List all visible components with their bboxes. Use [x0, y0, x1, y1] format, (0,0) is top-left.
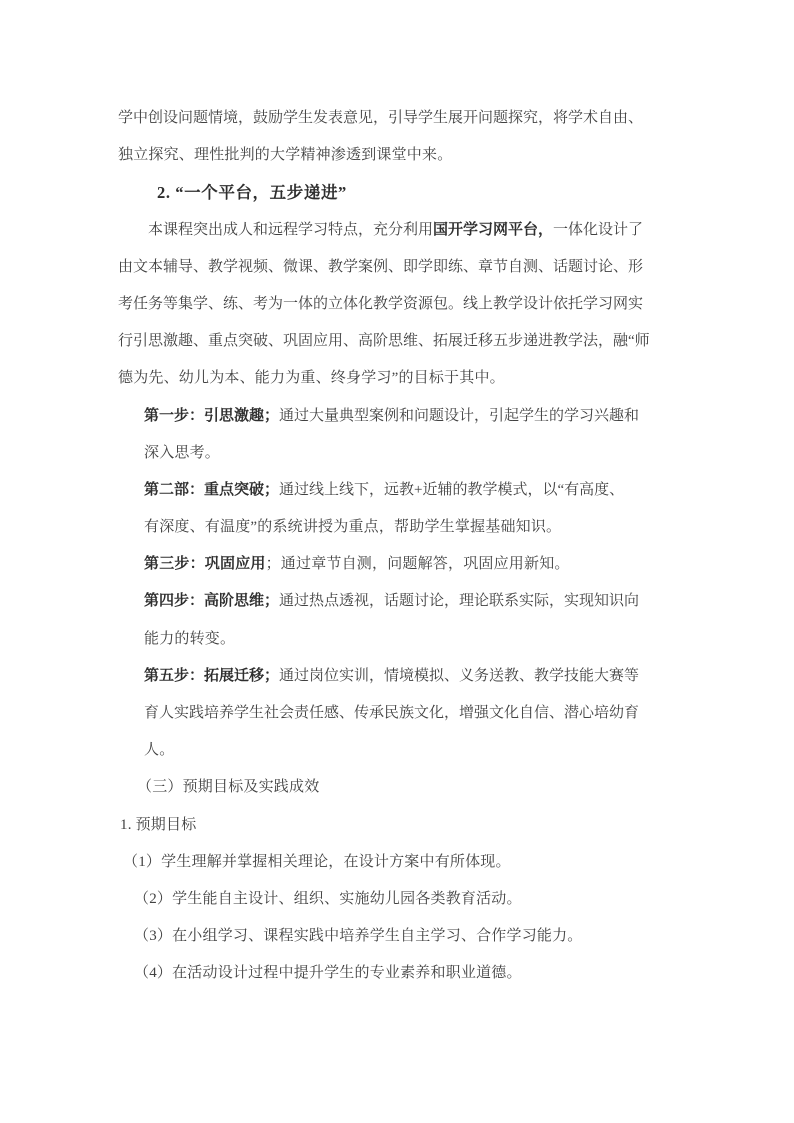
text-line: 考任务等集学、练、考为一体的立体化教学资源包。线上教学设计依托学习网实	[118, 286, 676, 323]
text-line: （1）学生理解并掌握相关理论，在设计方案中有所体现。	[118, 844, 676, 881]
text-run: 本课程突出成人和远程学习特点，充分利用	[148, 222, 433, 238]
text-run: 通过线上线下，远教+近辅的教学模式，以“有高度、	[279, 482, 624, 498]
text-run: （2）学生能自主设计、组织、实施幼儿园各类教育活动。	[134, 891, 522, 907]
text-run: 通过大量典型案例和问题设计，引起学生的学习兴趣和	[279, 408, 639, 424]
text-line: 能力的转变。	[118, 621, 676, 658]
text-line: 第三步：巩固应用；通过章节自测，问题解答，巩固应用新知。	[118, 546, 676, 583]
text-run: 独立探究、理性批判的大学精神渗透到课堂中来。	[118, 147, 452, 163]
text-line: （4）在活动设计过程中提升学生的专业素养和职业道德。	[118, 955, 676, 992]
bold-text-run: 第二部：重点突破；	[144, 482, 279, 498]
text-run: 育人实践培养学生社会责任感、传承民族文化，增强文化自信、潜心培幼育	[144, 705, 639, 721]
text-run: 深入思考。	[144, 445, 220, 461]
text-line: 独立探究、理性批判的大学精神渗透到课堂中来。	[118, 137, 676, 174]
document-body: 学中创设问题情境，鼓励学生发表意见，引导学生展开问题探究，将学术自由、独立探究、…	[118, 100, 676, 993]
text-line: 第五步：拓展迁移；通过岗位实训，情境模拟、义务送教、教学技能大赛等	[118, 658, 676, 695]
section-heading: 2. “一个平台，五步递进”	[118, 174, 676, 211]
bold-text-run: 第一步：引思激趣；	[144, 408, 279, 424]
text-run: 人。	[144, 742, 174, 758]
text-run: 通过热点透视，话题讨论，理论联系实际，实现知识向	[279, 593, 639, 609]
text-line: 第一步：引思激趣；通过大量典型案例和问题设计，引起学生的学习兴趣和	[118, 398, 676, 435]
text-line: 第四步：高阶思维；通过热点透视，话题讨论，理论联系实际，实现知识向	[118, 583, 676, 620]
text-run: 由文本辅导、教学视频、微课、教学案例、即学即练、章节自测、话题讨论、形	[118, 259, 643, 275]
text-run: ；通过章节自测，问题解答，巩固应用新知。	[266, 556, 570, 572]
bold-text-run: 国开学习网平台，	[433, 222, 553, 238]
document-page: 学中创设问题情境，鼓励学生发表意见，引导学生展开问题探究，将学术自由、独立探究、…	[0, 0, 794, 1123]
text-line: （3）在小组学习、课程实践中培养学生自主学习、合作学习能力。	[118, 918, 676, 955]
text-line: 本课程突出成人和远程学习特点，充分利用国开学习网平台，一体化设计了	[118, 212, 676, 249]
text-line: 德为先、幼儿为本、能力为重、终身学习”的目标于其中。	[118, 360, 676, 397]
bold-text-run: 第五步：拓展迁移；	[144, 668, 279, 684]
text-run: 能力的转变。	[144, 631, 235, 647]
bold-text-run: 2. “一个平台，五步递进”	[157, 183, 347, 202]
text-line: （三）预期目标及实践成效	[118, 769, 676, 806]
text-run: 有深度、有温度”的系统讲授为重点，帮助学生掌握基础知识。	[144, 519, 561, 535]
text-line: 深入思考。	[118, 435, 676, 472]
text-line: 由文本辅导、教学视频、微课、教学案例、即学即练、章节自测、话题讨论、形	[118, 249, 676, 286]
text-line: 育人实践培养学生社会责任感、传承民族文化，增强文化自信、潜心培幼育	[118, 695, 676, 732]
text-run: 德为先、幼儿为本、能力为重、终身学习”的目标于其中。	[118, 370, 505, 386]
text-run: 一体化设计了	[553, 222, 643, 238]
text-line: 1. 预期目标	[118, 807, 676, 844]
text-run: 学中创设问题情境，鼓励学生发表意见，引导学生展开问题探究，将学术自由、	[118, 110, 643, 126]
text-run: （1）学生理解并掌握相关理论，在设计方案中有所体现。	[123, 854, 511, 870]
text-run: （4）在活动设计过程中提升学生的专业素养和职业道德。	[134, 965, 522, 981]
text-line: （2）学生能自主设计、组织、实施幼儿园各类教育活动。	[118, 881, 676, 918]
text-run: 考任务等集学、练、考为一体的立体化教学资源包。线上教学设计依托学习网实	[118, 296, 643, 312]
text-run: （3）在小组学习、课程实践中培养学生自主学习、合作学习能力。	[134, 928, 583, 944]
bold-text-run: 第四步：高阶思维；	[144, 593, 279, 609]
bold-text-run: 第三步：巩固应用	[144, 556, 266, 572]
text-run: 行引思激趣、重点突破、巩固应用、高阶思维、拓展迁移五步递进教学法，融“师	[118, 333, 650, 349]
text-line: 行引思激趣、重点突破、巩固应用、高阶思维、拓展迁移五步递进教学法，融“师	[118, 323, 676, 360]
text-line: 第二部：重点突破；通过线上线下，远教+近辅的教学模式，以“有高度、	[118, 472, 676, 509]
text-line: 人。	[118, 732, 676, 769]
text-run: 1. 预期目标	[120, 817, 196, 833]
text-line: 有深度、有温度”的系统讲授为重点，帮助学生掌握基础知识。	[118, 509, 676, 546]
text-run: （三）预期目标及实践成效	[137, 779, 319, 795]
text-run: 通过岗位实训，情境模拟、义务送教、教学技能大赛等	[279, 668, 639, 684]
text-line: 学中创设问题情境，鼓励学生发表意见，引导学生展开问题探究，将学术自由、	[118, 100, 676, 137]
